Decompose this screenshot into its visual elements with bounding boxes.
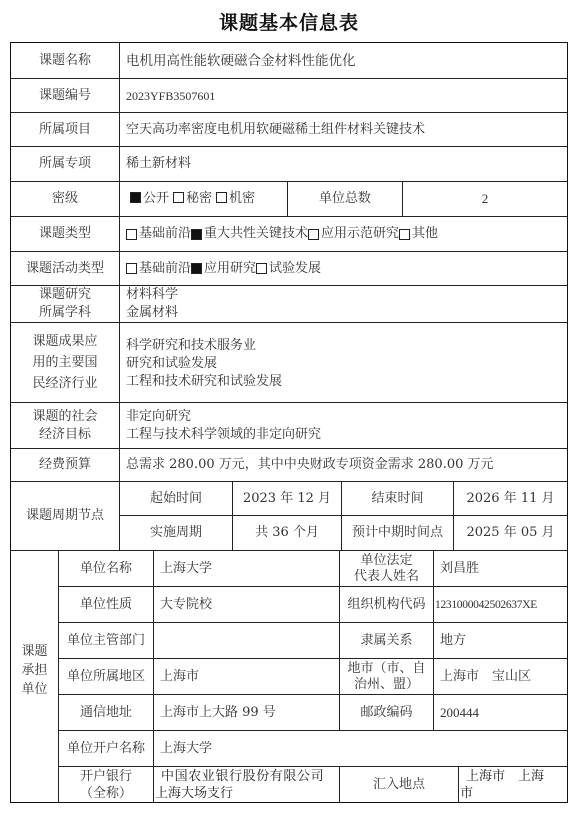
value-org-code: 1231000042502637XE xyxy=(433,586,568,623)
secrecy-option-secret[interactable]: 秘密 xyxy=(173,190,212,208)
checkbox-unchecked-icon xyxy=(173,192,184,203)
type-option-other: 其他 xyxy=(412,225,438,243)
value-discipline: 材料科学 金属材料 xyxy=(119,285,568,323)
value-budget: 总需求 280.00 万元，其中中央财政专项资金需求 280.00 万元 xyxy=(119,448,568,482)
value-project-code: 2023YFB3507601 xyxy=(119,78,568,113)
label-duration: 实施周期 xyxy=(119,515,233,551)
value-affiliation: 地方 xyxy=(433,622,568,659)
label-undertaking-unit: 课题 承担 单位 xyxy=(10,550,59,803)
label-authority: 单位主管部门 xyxy=(58,622,154,659)
value-socioeconomic-goal: 非定向研究 工程与技术科学领域的非定向研究 xyxy=(119,402,568,449)
label-unit-nature: 单位性质 xyxy=(58,586,154,623)
checkbox-unchecked-icon[interactable] xyxy=(126,229,137,240)
checkbox-checked-icon[interactable] xyxy=(191,229,202,240)
type-option-demo: 应用示范研究 xyxy=(321,225,399,243)
label-remit-location: 汇入地点 xyxy=(339,766,459,803)
value-postcode: 200444 xyxy=(433,694,568,731)
checkbox-unchecked-icon[interactable] xyxy=(308,229,319,240)
label-special-program: 所属专项 xyxy=(10,146,120,182)
activity-type-options: 基础前沿 应用研究 试验发展 xyxy=(119,251,568,286)
value-address: 上海市上大路 99 号 xyxy=(153,694,340,731)
value-midterm: 2025 年 05 月 xyxy=(453,515,568,551)
value-start-time: 2023 年 12 月 xyxy=(232,481,342,516)
label-unit-count: 单位总数 xyxy=(287,181,403,217)
value-account-name: 上海大学 xyxy=(153,730,568,767)
value-unit-name: 上海大学 xyxy=(153,550,340,587)
label-industry: 课题成果应 用的主要国 民经济行业 xyxy=(10,322,120,403)
activity-option-experimental: 试验发展 xyxy=(269,260,321,278)
label-discipline: 课题研究 所属学科 xyxy=(10,285,120,323)
secrecy-option-public[interactable]: 公开 xyxy=(130,190,169,208)
type-option-basic-frontier: 基础前沿 xyxy=(139,225,191,243)
label-socioeconomic-goal: 课题的社会 经济目标 xyxy=(10,402,120,449)
activity-option-basic: 基础前沿 xyxy=(139,260,191,278)
value-project-name: 电机用高性能软硬磁合金材料性能优化 xyxy=(119,42,568,79)
label-activity-type: 课题活动类型 xyxy=(10,251,120,286)
label-project-name: 课题名称 xyxy=(10,42,120,79)
label-org-code: 组织机构代码 xyxy=(339,586,434,623)
label-account-name: 单位开户名称 xyxy=(58,730,154,767)
label-city: 地市（市、自 治州、盟） xyxy=(339,658,434,695)
value-legal-rep: 刘昌胜 xyxy=(433,550,568,587)
label-start-time: 起始时间 xyxy=(119,481,233,516)
type-option-key-tech: 重大共性关键技术 xyxy=(204,225,308,243)
checkbox-unchecked-icon[interactable] xyxy=(126,263,137,274)
label-period: 课题周期节点 xyxy=(10,481,120,551)
label-unit-name: 单位名称 xyxy=(58,550,154,587)
activity-option-applied: 应用研究 xyxy=(204,260,256,278)
label-address: 通信地址 xyxy=(58,694,154,731)
value-special-program: 稀土新材料 xyxy=(119,146,568,182)
label-region: 单位所属地区 xyxy=(58,658,154,695)
label-budget: 经费预算 xyxy=(10,448,120,482)
label-end-time: 结束时间 xyxy=(341,481,454,516)
checkbox-unchecked-icon[interactable] xyxy=(256,263,267,274)
checkbox-checked-icon xyxy=(130,192,141,203)
value-parent-project: 空天高功率密度电机用软硬磁稀土组件材料关键技术 xyxy=(119,112,568,147)
value-end-time: 2026 年 11 月 xyxy=(453,481,568,516)
secrecy-option-confidential[interactable]: 机密 xyxy=(216,190,255,208)
label-affiliation: 隶属关系 xyxy=(339,622,434,659)
value-city: 上海市 宝山区 xyxy=(433,658,568,695)
value-region: 上海市 xyxy=(153,658,340,695)
label-postcode: 邮政编码 xyxy=(339,694,434,731)
checkbox-checked-icon[interactable] xyxy=(191,263,202,274)
value-remit-location: 上海市 上海 市 xyxy=(458,766,568,803)
label-project-code: 课题编号 xyxy=(10,78,120,113)
checkbox-unchecked-icon[interactable] xyxy=(399,229,410,240)
label-midterm: 预计中期时间点 xyxy=(341,515,454,551)
value-authority xyxy=(153,622,340,659)
project-type-options: 基础前沿 重大共性关键技术 应用示范研究 其他 xyxy=(119,216,568,252)
value-unit-count: 2 xyxy=(402,181,568,217)
label-project-type: 课题类型 xyxy=(10,216,120,252)
value-unit-nature: 大专院校 xyxy=(153,586,340,623)
value-bank: 中国农业银行股份有限公司 上海大场支行 xyxy=(153,766,340,803)
checkbox-unchecked-icon xyxy=(216,192,227,203)
value-duration: 共 36 个月 xyxy=(232,515,342,551)
value-industry: 科学研究和技术服务业 研究和试验发展 工程和技术研究和试验发展 xyxy=(119,322,568,403)
label-legal-rep: 单位法定 代表人姓名 xyxy=(339,550,434,587)
secrecy-options: 公开 秘密 机密 xyxy=(119,181,288,217)
label-secrecy: 密级 xyxy=(10,181,120,217)
document-title: 课题基本信息表 xyxy=(0,8,578,35)
label-parent-project: 所属项目 xyxy=(10,112,120,147)
label-bank: 开户银行 （全称） xyxy=(58,766,154,803)
